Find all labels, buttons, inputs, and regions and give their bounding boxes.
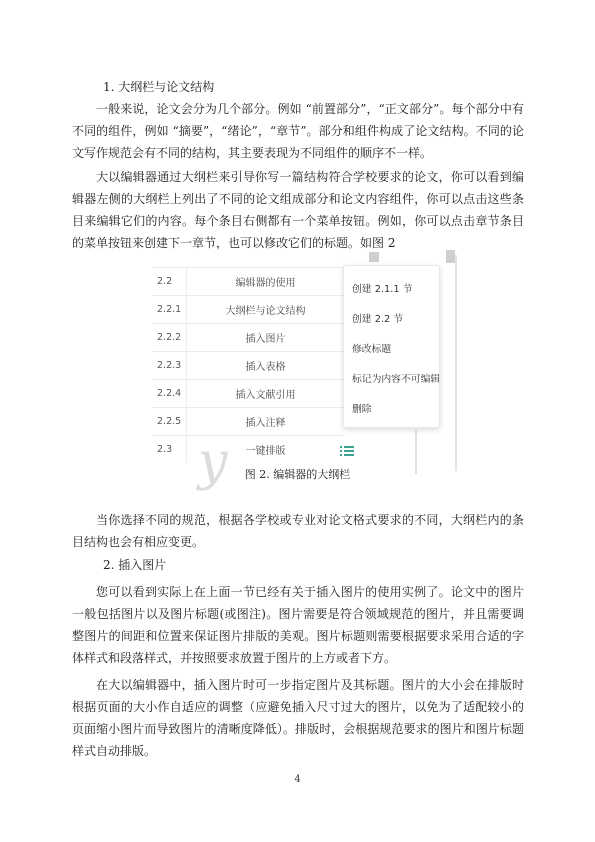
paragraph-outline-panel: 大以编辑器通过大纲栏来引导你写一篇结构符合学校要求的论文，你可以看到编辑器左侧的… bbox=[72, 166, 524, 254]
outline-number: 2.2.1 bbox=[152, 304, 186, 315]
menu-item-create-2-1-1[interactable]: 创建 2.1.1 节 bbox=[344, 275, 439, 305]
outline-number: 2.2.2 bbox=[152, 332, 186, 343]
outline-number: 2.2 bbox=[152, 276, 186, 287]
paragraph-spec-variation: 当你选择不同的规范，根据各学校或专业对论文格式要求的不同，大纲栏内的条目结构也会… bbox=[72, 509, 524, 553]
outline-row-2-2-1[interactable]: 2.2.1 大纲栏与论文结构 bbox=[152, 295, 345, 323]
outline-row-2-2-3[interactable]: 2.2.3 插入表格 bbox=[152, 351, 345, 379]
outline-row-2-2-4[interactable]: 2.2.4 插入文献引用 bbox=[152, 379, 345, 407]
section-heading-outline: 1. 大纲栏与论文结构 bbox=[72, 76, 555, 98]
figure-caption: 图 2. 编辑器的大纲栏 bbox=[0, 466, 595, 482]
page-number: 4 bbox=[0, 774, 595, 785]
paragraph-image-autolayout: 在大以编辑器中，插入图片时可一步指定图片及其标题。图片的大小会在排版时根据页面的… bbox=[72, 674, 524, 762]
document-page: 1. 大纲栏与论文结构 一般来说，论文会分为几个部分。例如 “前置部分”，“正文… bbox=[0, 0, 595, 842]
menu-item-create-2-2[interactable]: 创建 2.2 节 bbox=[344, 305, 439, 335]
outline-title: 插入表格 bbox=[186, 358, 345, 373]
outline-number: 2.2.5 bbox=[152, 416, 186, 427]
paragraph-thesis-structure: 一般来说，论文会分为几个部分。例如 “前置部分”，“正文部分”。每个部分中有不同… bbox=[72, 98, 524, 164]
section-heading-insert-image: 2. 插入图片 bbox=[72, 554, 555, 576]
outline-context-menu: 创建 2.1.1 节 创建 2.2 节 修改标题 标记为内容不可编辑 删除 bbox=[343, 265, 440, 428]
outline-title: 大纲栏与论文结构 bbox=[186, 302, 345, 317]
panel-edge-line-right bbox=[455, 255, 457, 471]
outline-title: 插入图片 bbox=[186, 330, 345, 345]
outline-row-2-2-2[interactable]: 2.2.2 插入图片 bbox=[152, 323, 345, 351]
ui-fragment-top-left bbox=[369, 252, 379, 262]
outline-row-2-2[interactable]: 2.2 编辑器的使用 bbox=[152, 267, 345, 295]
ui-fragment-top-right bbox=[446, 250, 455, 263]
outline-title: 插入注释 bbox=[186, 414, 345, 429]
outline-row-2-2-5[interactable]: 2.2.5 插入注释 bbox=[152, 407, 345, 435]
column-divider bbox=[186, 267, 187, 463]
list-format-icon[interactable] bbox=[340, 446, 355, 458]
outline-number: 2.2.3 bbox=[152, 360, 186, 371]
paragraph-image-usage: 您可以看到实际上在上面一节已经有关于插入图片的使用实例了。论文中的图片一般包括图… bbox=[72, 581, 524, 669]
menu-item-mark-readonly[interactable]: 标记为内容不可编辑 bbox=[344, 365, 439, 395]
outline-list: 2.2 编辑器的使用 2.2.1 大纲栏与论文结构 2.2.2 插入图片 2.2… bbox=[152, 267, 345, 463]
menu-item-delete[interactable]: 删除 bbox=[344, 395, 439, 425]
outline-title: 编辑器的使用 bbox=[186, 274, 345, 289]
outline-number: 2.2.4 bbox=[152, 388, 186, 399]
outline-title: 插入文献引用 bbox=[186, 386, 345, 401]
outline-row-2-3[interactable]: 2.3 一键排版 bbox=[152, 435, 345, 463]
menu-item-rename[interactable]: 修改标题 bbox=[344, 335, 439, 365]
outline-number: 2.3 bbox=[152, 444, 186, 455]
